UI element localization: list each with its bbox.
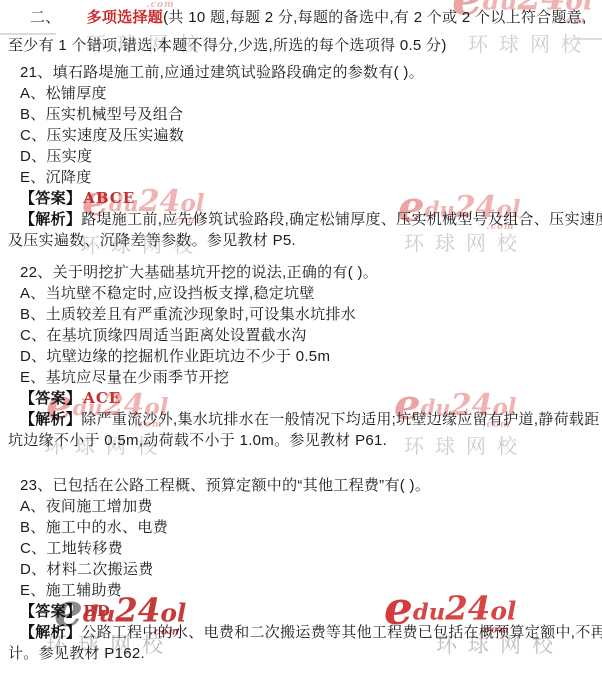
answer-label: 【答案】	[20, 603, 81, 620]
question-stem: 21、填石路堤施工前,应通过建筑试验路段确定的参数有( )。	[8, 62, 596, 83]
answer-line: 【答案】ABCE	[8, 188, 596, 209]
option-d: D、坑壁边缘的挖掘机作业距坑边不少于 0.5m	[8, 346, 596, 367]
option-a: A、当坑壁不稳定时,应设挡板支撑,稳定坑壁	[8, 283, 596, 304]
analysis-text: 公路工程中的水、电费和二次搬运费等其他工程费已包括在概预算定额中,不再另	[81, 624, 602, 641]
answer-value: ABCE	[81, 189, 135, 207]
option-b: B、施工中的水、电费	[8, 517, 596, 538]
option-c: C、在基坑顶缘四周适当距离处设置截水沟	[8, 325, 596, 346]
option-d: D、材料二次搬运费	[8, 559, 596, 580]
analysis-text: 除严重流沙外,集水坑排水在一般情况下均适用;坑壁边缘应留有护道,静荷载距	[81, 411, 599, 428]
option-e: E、沉降度	[8, 167, 596, 188]
answer-line: 【答案】ACE	[8, 388, 596, 409]
analysis-line: 【解析】除严重流沙外,集水坑排水在一般情况下均适用;坑壁边缘应留有护道,静荷载距	[8, 409, 596, 430]
option-d: D、压实度	[8, 146, 596, 167]
section-heading: 二、多项选择题(共 10 题,每题 2 分,每题的备选中,有 2 个或 2 个以…	[8, 7, 596, 28]
analysis-label: 【解析】	[20, 624, 81, 641]
analysis-line: 【解析】路堤施工前,应先修筑试验路段,确定松铺厚度、压实机械型号及组合、压实速度	[8, 209, 596, 230]
option-e: E、基坑应尽量在少雨季节开挖	[8, 367, 596, 388]
answer-value: BD	[81, 602, 111, 620]
answer-label: 【答案】	[20, 190, 81, 207]
section-instructions-line2: 至少有 1 个错项,错选,本题不得分,少选,所选的每个选项得 0.5 分)	[8, 35, 596, 56]
section-number: 二、	[30, 9, 61, 26]
analysis-line: 及压实遍数、沉降差等参数。参见教材 P5.	[8, 230, 596, 251]
option-c: C、工地转移费	[8, 538, 596, 559]
section-title: 多项选择题	[87, 9, 164, 26]
option-a: A、松铺厚度	[8, 83, 596, 104]
analysis-line: 计。参见教材 P162.	[8, 643, 596, 664]
option-b: B、压实机械型号及组合	[8, 104, 596, 125]
analysis-label: 【解析】	[20, 211, 81, 228]
analysis-label: 【解析】	[20, 411, 81, 428]
option-b: B、土质较差且有严重流沙现象时,可设集水坑排水	[8, 304, 596, 325]
answer-value: ACE	[81, 389, 121, 407]
answer-line: 【答案】BD	[8, 601, 596, 622]
option-a: A、夜间施工增加费	[8, 496, 596, 517]
question-block-22: 22、关于明挖扩大基础基坑开挖的说法,正确的有( )。 A、当坑壁不稳定时,应设…	[8, 262, 596, 451]
option-e: E、施工辅助费	[8, 580, 596, 601]
analysis-text: 路堤施工前,应先修筑试验路段,确定松铺厚度、压实机械型号及组合、压实速度	[81, 211, 602, 228]
question-stem: 22、关于明挖扩大基础基坑开挖的说法,正确的有( )。	[8, 262, 596, 283]
question-block-21: 21、填石路堤施工前,应通过建筑试验路段确定的参数有( )。 A、松铺厚度 B、…	[8, 62, 596, 251]
question-block-23: 23、已包括在公路工程概、预算定额中的“其他工程费”有( )。 A、夜间施工增加…	[8, 475, 596, 664]
question-stem: 23、已包括在公路工程概、预算定额中的“其他工程费”有( )。	[8, 475, 596, 496]
analysis-line: 【解析】公路工程中的水、电费和二次搬运费等其他工程费已包括在概预算定额中,不再另	[8, 622, 596, 643]
option-c: C、压实速度及压实遍数	[8, 125, 596, 146]
document-content: 二、多项选择题(共 10 题,每题 2 分,每题的备选中,有 2 个或 2 个以…	[0, 0, 602, 664]
answer-label: 【答案】	[20, 390, 81, 407]
analysis-line: 坑边缘不小于 0.5m,动荷载不小于 1.0m。参见教材 P61.	[8, 430, 596, 451]
section-instructions: (共 10 题,每题 2 分,每题的备选中,有 2 个或 2 个以上符合题意,	[163, 9, 586, 26]
document-page: edu24ol.com 环球网校 edu24ol.com 环球网校 edu24o…	[0, 0, 602, 673]
